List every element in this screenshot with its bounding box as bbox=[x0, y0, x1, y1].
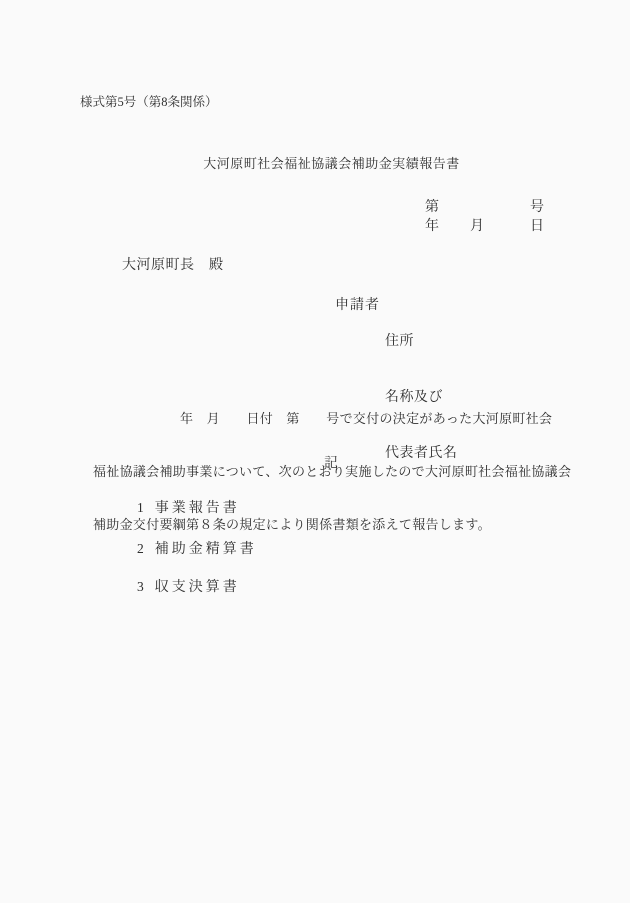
attachment-number: 2 bbox=[137, 541, 144, 557]
body-paragraph: 年 月 日付 第 号で交付の決定があった大河原町社会 福祉協議会補助事業について… bbox=[93, 377, 575, 566]
body-line-1: 年 月 日付 第 号で交付の決定があった大河原町社会 bbox=[93, 408, 575, 430]
attachment-number: 1 bbox=[137, 500, 144, 516]
attachment-label: 補助金精算書 bbox=[155, 542, 257, 559]
applicant-label: 申請者 bbox=[335, 298, 380, 315]
attachment-item: 2 補助金精算書 bbox=[137, 541, 257, 559]
form-number: 様式第5号（第8条関係） bbox=[80, 95, 218, 110]
attachment-label: 事業報告書 bbox=[155, 501, 240, 518]
list-heading: 記 bbox=[93, 455, 570, 471]
date-blank-line: 年 月 日 bbox=[425, 219, 545, 236]
addressee-line: 大河原町長 殿 bbox=[122, 258, 224, 275]
attachment-label: 収支決算書 bbox=[155, 580, 240, 597]
attachment-item: 1 事業報告書 bbox=[137, 500, 240, 518]
attachment-number: 3 bbox=[137, 579, 144, 595]
document-title: 大河原町社会福祉協議会補助金実績報告書 bbox=[93, 156, 570, 172]
attachment-item: 3 収支決算書 bbox=[137, 579, 240, 597]
applicant-field-address: 住所 bbox=[385, 331, 458, 354]
document-number-blank-line: 第 号 bbox=[425, 200, 545, 217]
document-page: 様式第5号（第8条関係） 大河原町社会福祉協議会補助金実績報告書 第 号 年 月… bbox=[0, 0, 630, 903]
